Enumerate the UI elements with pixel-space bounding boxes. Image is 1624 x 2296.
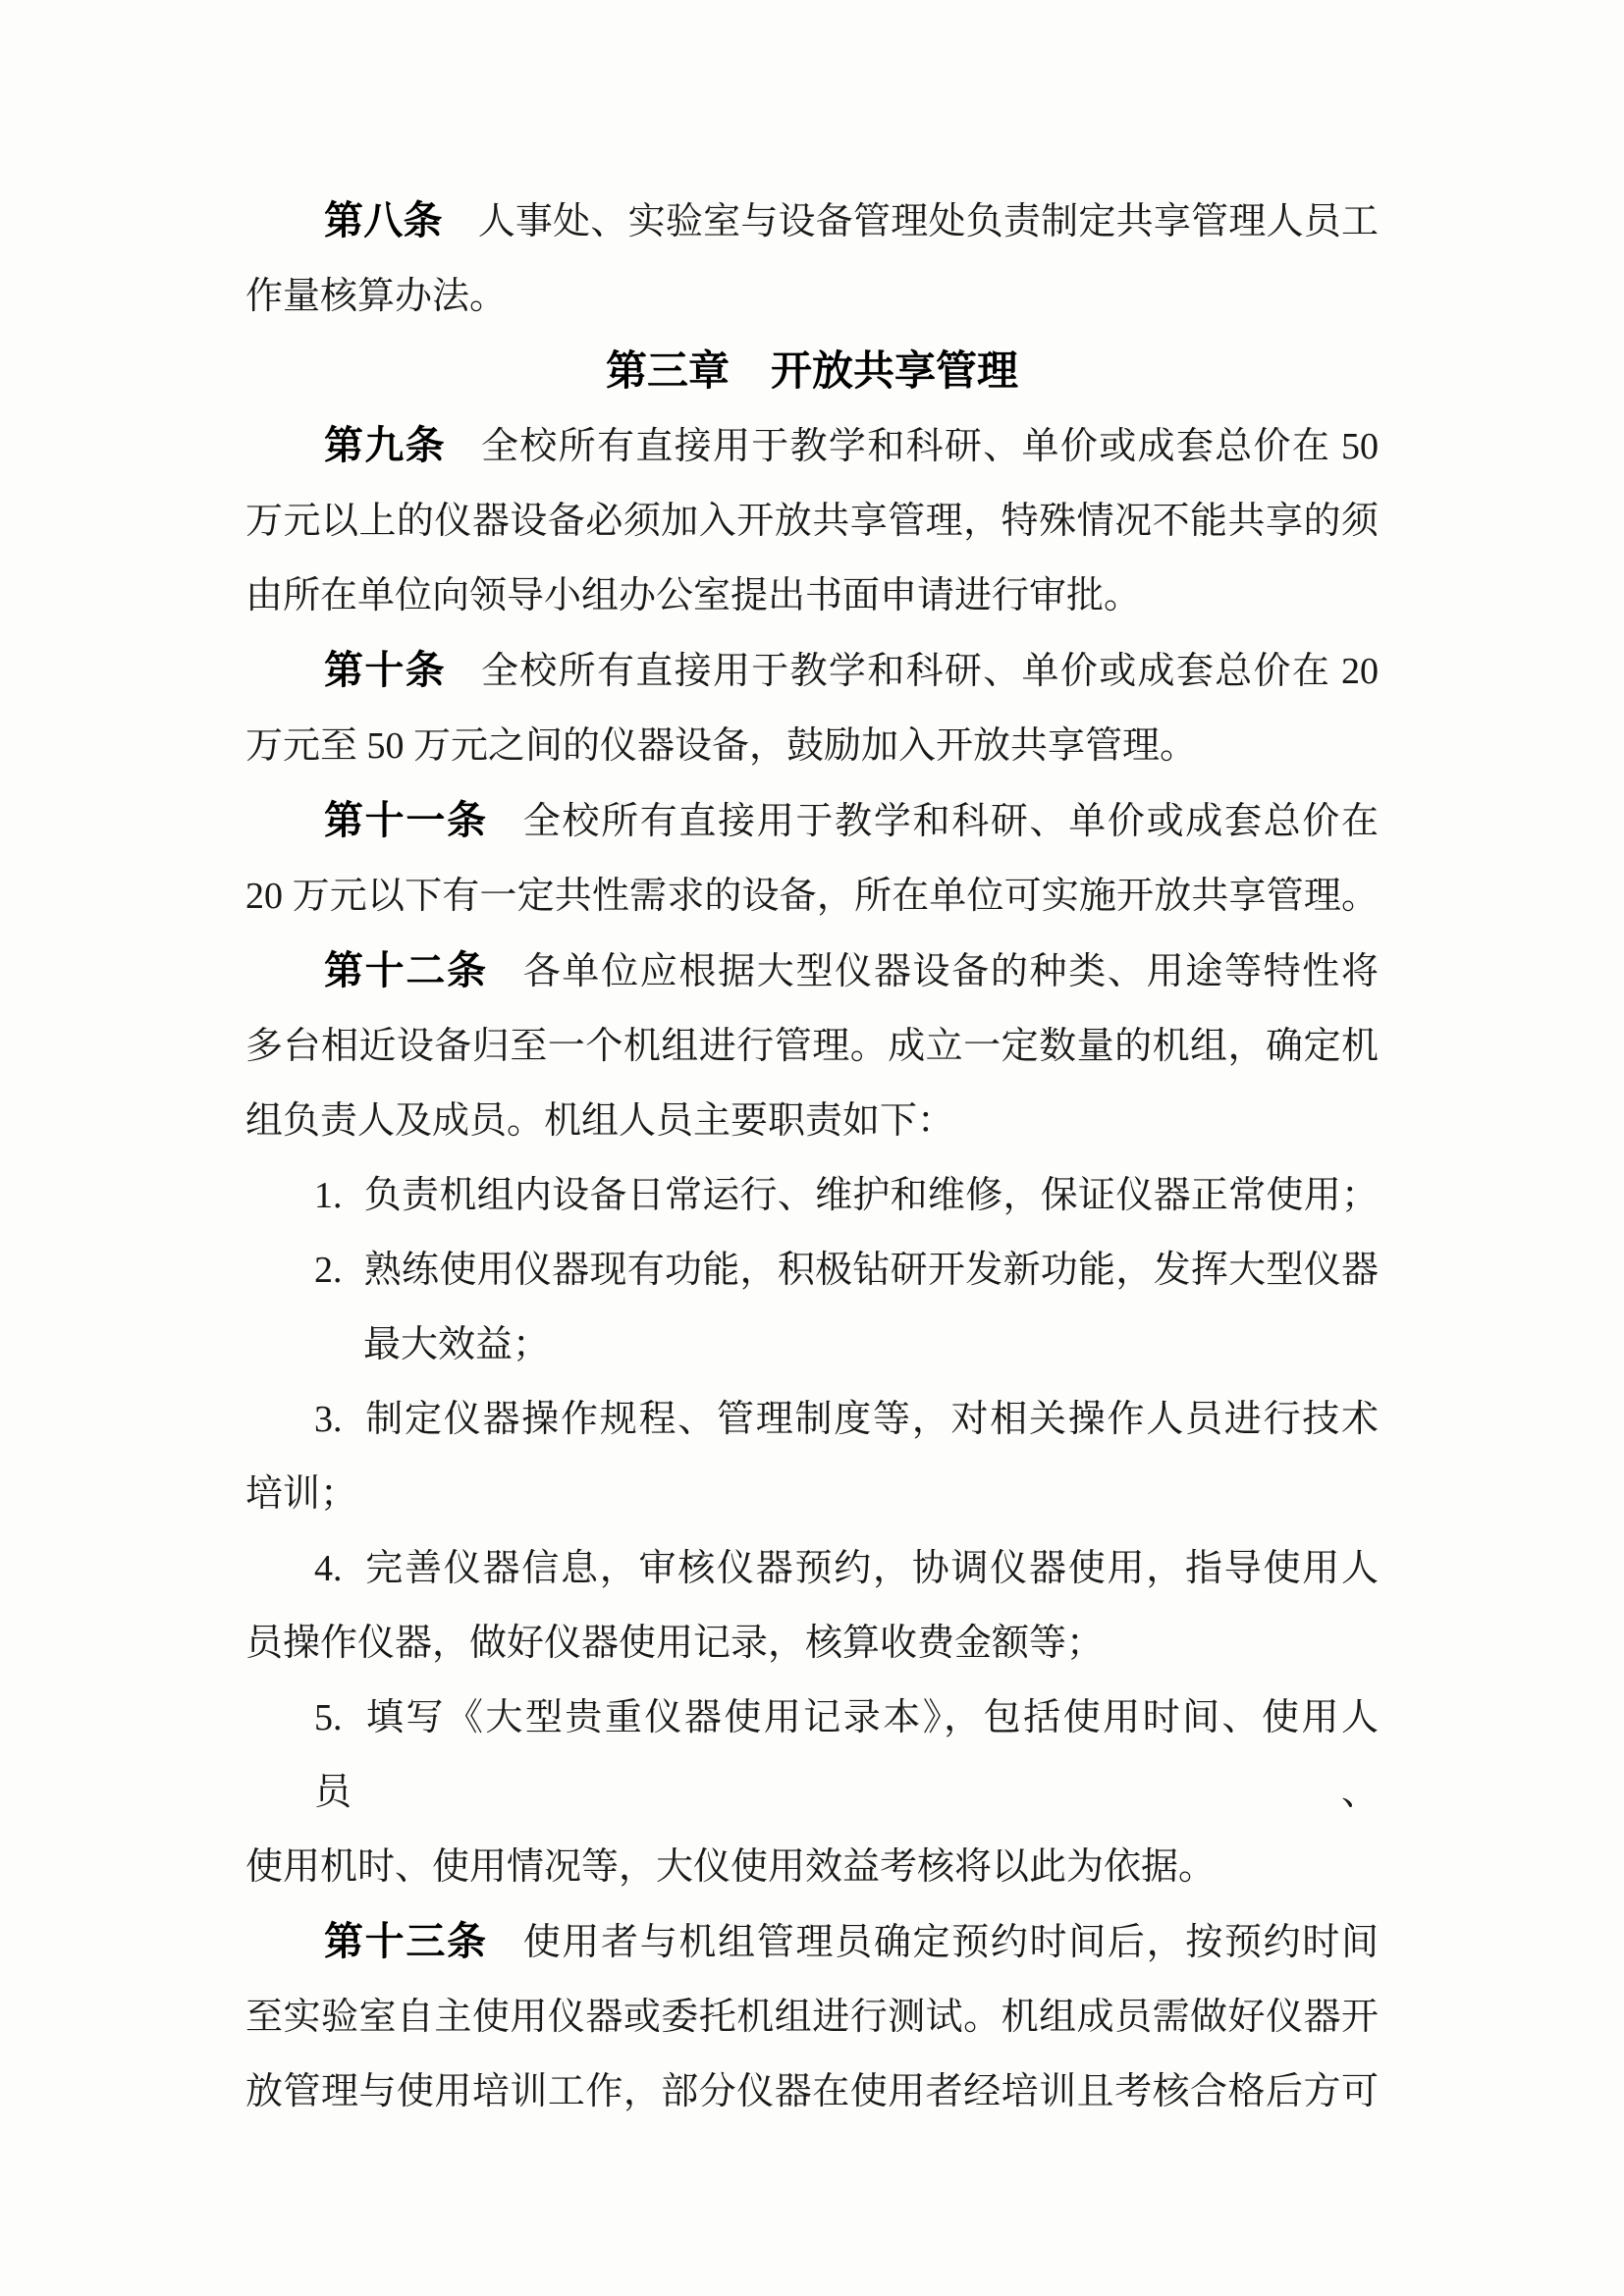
document-line: 至实验室自主使用仪器或委托机组进行测试。机组成员需做好仪器开: [245, 1980, 1379, 2055]
line-text: 负责机组内设备日常运行、维护和维修，保证仪器正常使用；: [364, 1175, 1380, 1216]
document-line: 培训；: [245, 1457, 1379, 1531]
article-number-label: 第九条: [324, 424, 446, 467]
line-text: 20 万元以下有一定共性需求的设备，所在单位可实施开放共享管理。: [245, 876, 1379, 917]
document-line: 万元以上的仪器设备必须加入开放共享管理，特殊情况不能共享的须: [245, 484, 1379, 559]
document-line: 放管理与使用培训工作，部分仪器在使用者经培训且考核合格后方可: [245, 2055, 1379, 2129]
line-text: 各单位应根据大型仪器设备的种类、用途等特性将: [523, 951, 1379, 992]
line-text: 放管理与使用培训工作，部分仪器在使用者经培训且考核合格后方可: [245, 2071, 1379, 2112]
document-line: 20 万元以下有一定共性需求的设备，所在单位可实施开放共享管理。: [245, 859, 1379, 934]
article-number-label: 第十条: [324, 649, 446, 692]
line-text: 至实验室自主使用仪器或委托机组进行测试。机组成员需做好仪器开: [245, 1997, 1379, 2038]
article-number-label: 第十一条: [324, 799, 488, 842]
numbered-item-line: 3.制定仪器操作规程、管理制度等，对相关操作人员进行技术: [245, 1382, 1379, 1457]
line-text: 熟练使用仪器现有功能，积极钻研开发新功能，发挥大型仪器: [364, 1250, 1380, 1291]
article-paragraph-line: 第十一条全校所有直接用于教学和科研、单价或成套总价在: [245, 783, 1379, 859]
line-text: 完善仪器信息，审核仪器预约，协调仪器使用，指导使用人: [364, 1548, 1380, 1589]
line-text: 最大效益；: [363, 1324, 550, 1365]
document-line: 组负责人及成员。机组人员主要职责如下：: [245, 1084, 1379, 1158]
line-text: 培训；: [245, 1473, 357, 1515]
chapter-heading: 第三章 开放共享管理: [245, 334, 1379, 408]
line-text: 使用者与机组管理员确定预约时间后，按预约时间: [523, 1922, 1379, 1963]
article-paragraph-line: 第八条人事处、实验室与设备管理处负责制定共享管理人员工: [245, 184, 1379, 259]
document-page: 第八条人事处、实验室与设备管理处负责制定共享管理人员工作量核算办法。第三章 开放…: [0, 0, 1624, 2296]
line-text: 全校所有直接用于教学和科研、单价或成套总价在 50: [481, 426, 1379, 467]
line-text: 人事处、实验室与设备管理处负责制定共享管理人员工: [478, 201, 1379, 242]
article-number-label: 第十二条: [324, 949, 488, 992]
line-text: 多台相近设备归至一个机组进行管理。成立一定数量的机组，确定机: [245, 1026, 1379, 1067]
document-line: 由所在单位向领导小组办公室提出书面申请进行审批。: [245, 559, 1379, 633]
article-paragraph-line: 第十条全校所有直接用于教学和科研、单价或成套总价在 20: [245, 633, 1379, 709]
line-text: 作量核算办法。: [245, 276, 507, 317]
line-text: 填写《大型贵重仪器使用记录本》，包括使用时间、使用人员、: [314, 1697, 1379, 1813]
line-text: 全校所有直接用于教学和科研、单价或成套总价在 20: [481, 651, 1379, 692]
line-text: 万元至 50 万元之间的仪器设备，鼓励加入开放共享管理。: [245, 725, 1197, 767]
article-number-label: 第八条: [324, 199, 443, 242]
document-line: 员操作仪器，做好仪器使用记录，核算收费金额等；: [245, 1606, 1379, 1681]
article-paragraph-line: 第十二条各单位应根据大型仪器设备的种类、用途等特性将: [245, 934, 1379, 1009]
numbered-item-line: 2.熟练使用仪器现有功能，积极钻研开发新功能，发挥大型仪器: [245, 1233, 1379, 1308]
item-number-label: 2.: [314, 1250, 343, 1291]
line-text: 万元以上的仪器设备必须加入开放共享管理，特殊情况不能共享的须: [245, 501, 1379, 542]
line-text: 组负责人及成员。机组人员主要职责如下：: [245, 1100, 954, 1142]
article-paragraph-line: 第九条全校所有直接用于教学和科研、单价或成套总价在 50: [245, 408, 1379, 484]
document-line: 万元至 50 万元之间的仪器设备，鼓励加入开放共享管理。: [245, 709, 1379, 783]
item-number-label: 4.: [314, 1548, 343, 1589]
line-text: 全校所有直接用于教学和科研、单价或成套总价在: [523, 801, 1379, 842]
item-number-label: 3.: [314, 1399, 343, 1440]
item-number-label: 1.: [314, 1175, 343, 1216]
document-line: 使用机时、使用情况等，大仪使用效益考核将以此为依据。: [245, 1830, 1379, 1904]
article-number-label: 第十三条: [324, 1920, 488, 1963]
numbered-item-line: 5.填写《大型贵重仪器使用记录本》，包括使用时间、使用人员、: [245, 1681, 1379, 1830]
line-text: 第三章 开放共享管理: [606, 347, 1018, 394]
item-number-label: 5.: [314, 1697, 343, 1738]
line-text: 使用机时、使用情况等，大仪使用效益考核将以此为依据。: [245, 1846, 1216, 1888]
line-text: 制定仪器操作规程、管理制度等，对相关操作人员进行技术: [364, 1399, 1380, 1440]
article-paragraph-line: 第十三条使用者与机组管理员确定预约时间后，按预约时间: [245, 1904, 1379, 1980]
document-content: 第八条人事处、实验室与设备管理处负责制定共享管理人员工作量核算办法。第三章 开放…: [245, 184, 1379, 2129]
line-text: 由所在单位向领导小组办公室提出书面申请进行审批。: [245, 575, 1141, 616]
document-line: 最大效益；: [245, 1308, 1379, 1382]
document-line: 作量核算办法。: [245, 259, 1379, 334]
line-text: 员操作仪器，做好仪器使用记录，核算收费金额等；: [245, 1623, 1104, 1664]
numbered-item-line: 1.负责机组内设备日常运行、维护和维修，保证仪器正常使用；: [245, 1158, 1379, 1233]
document-line: 多台相近设备归至一个机组进行管理。成立一定数量的机组，确定机: [245, 1009, 1379, 1084]
numbered-item-line: 4.完善仪器信息，审核仪器预约，协调仪器使用，指导使用人: [245, 1531, 1379, 1606]
